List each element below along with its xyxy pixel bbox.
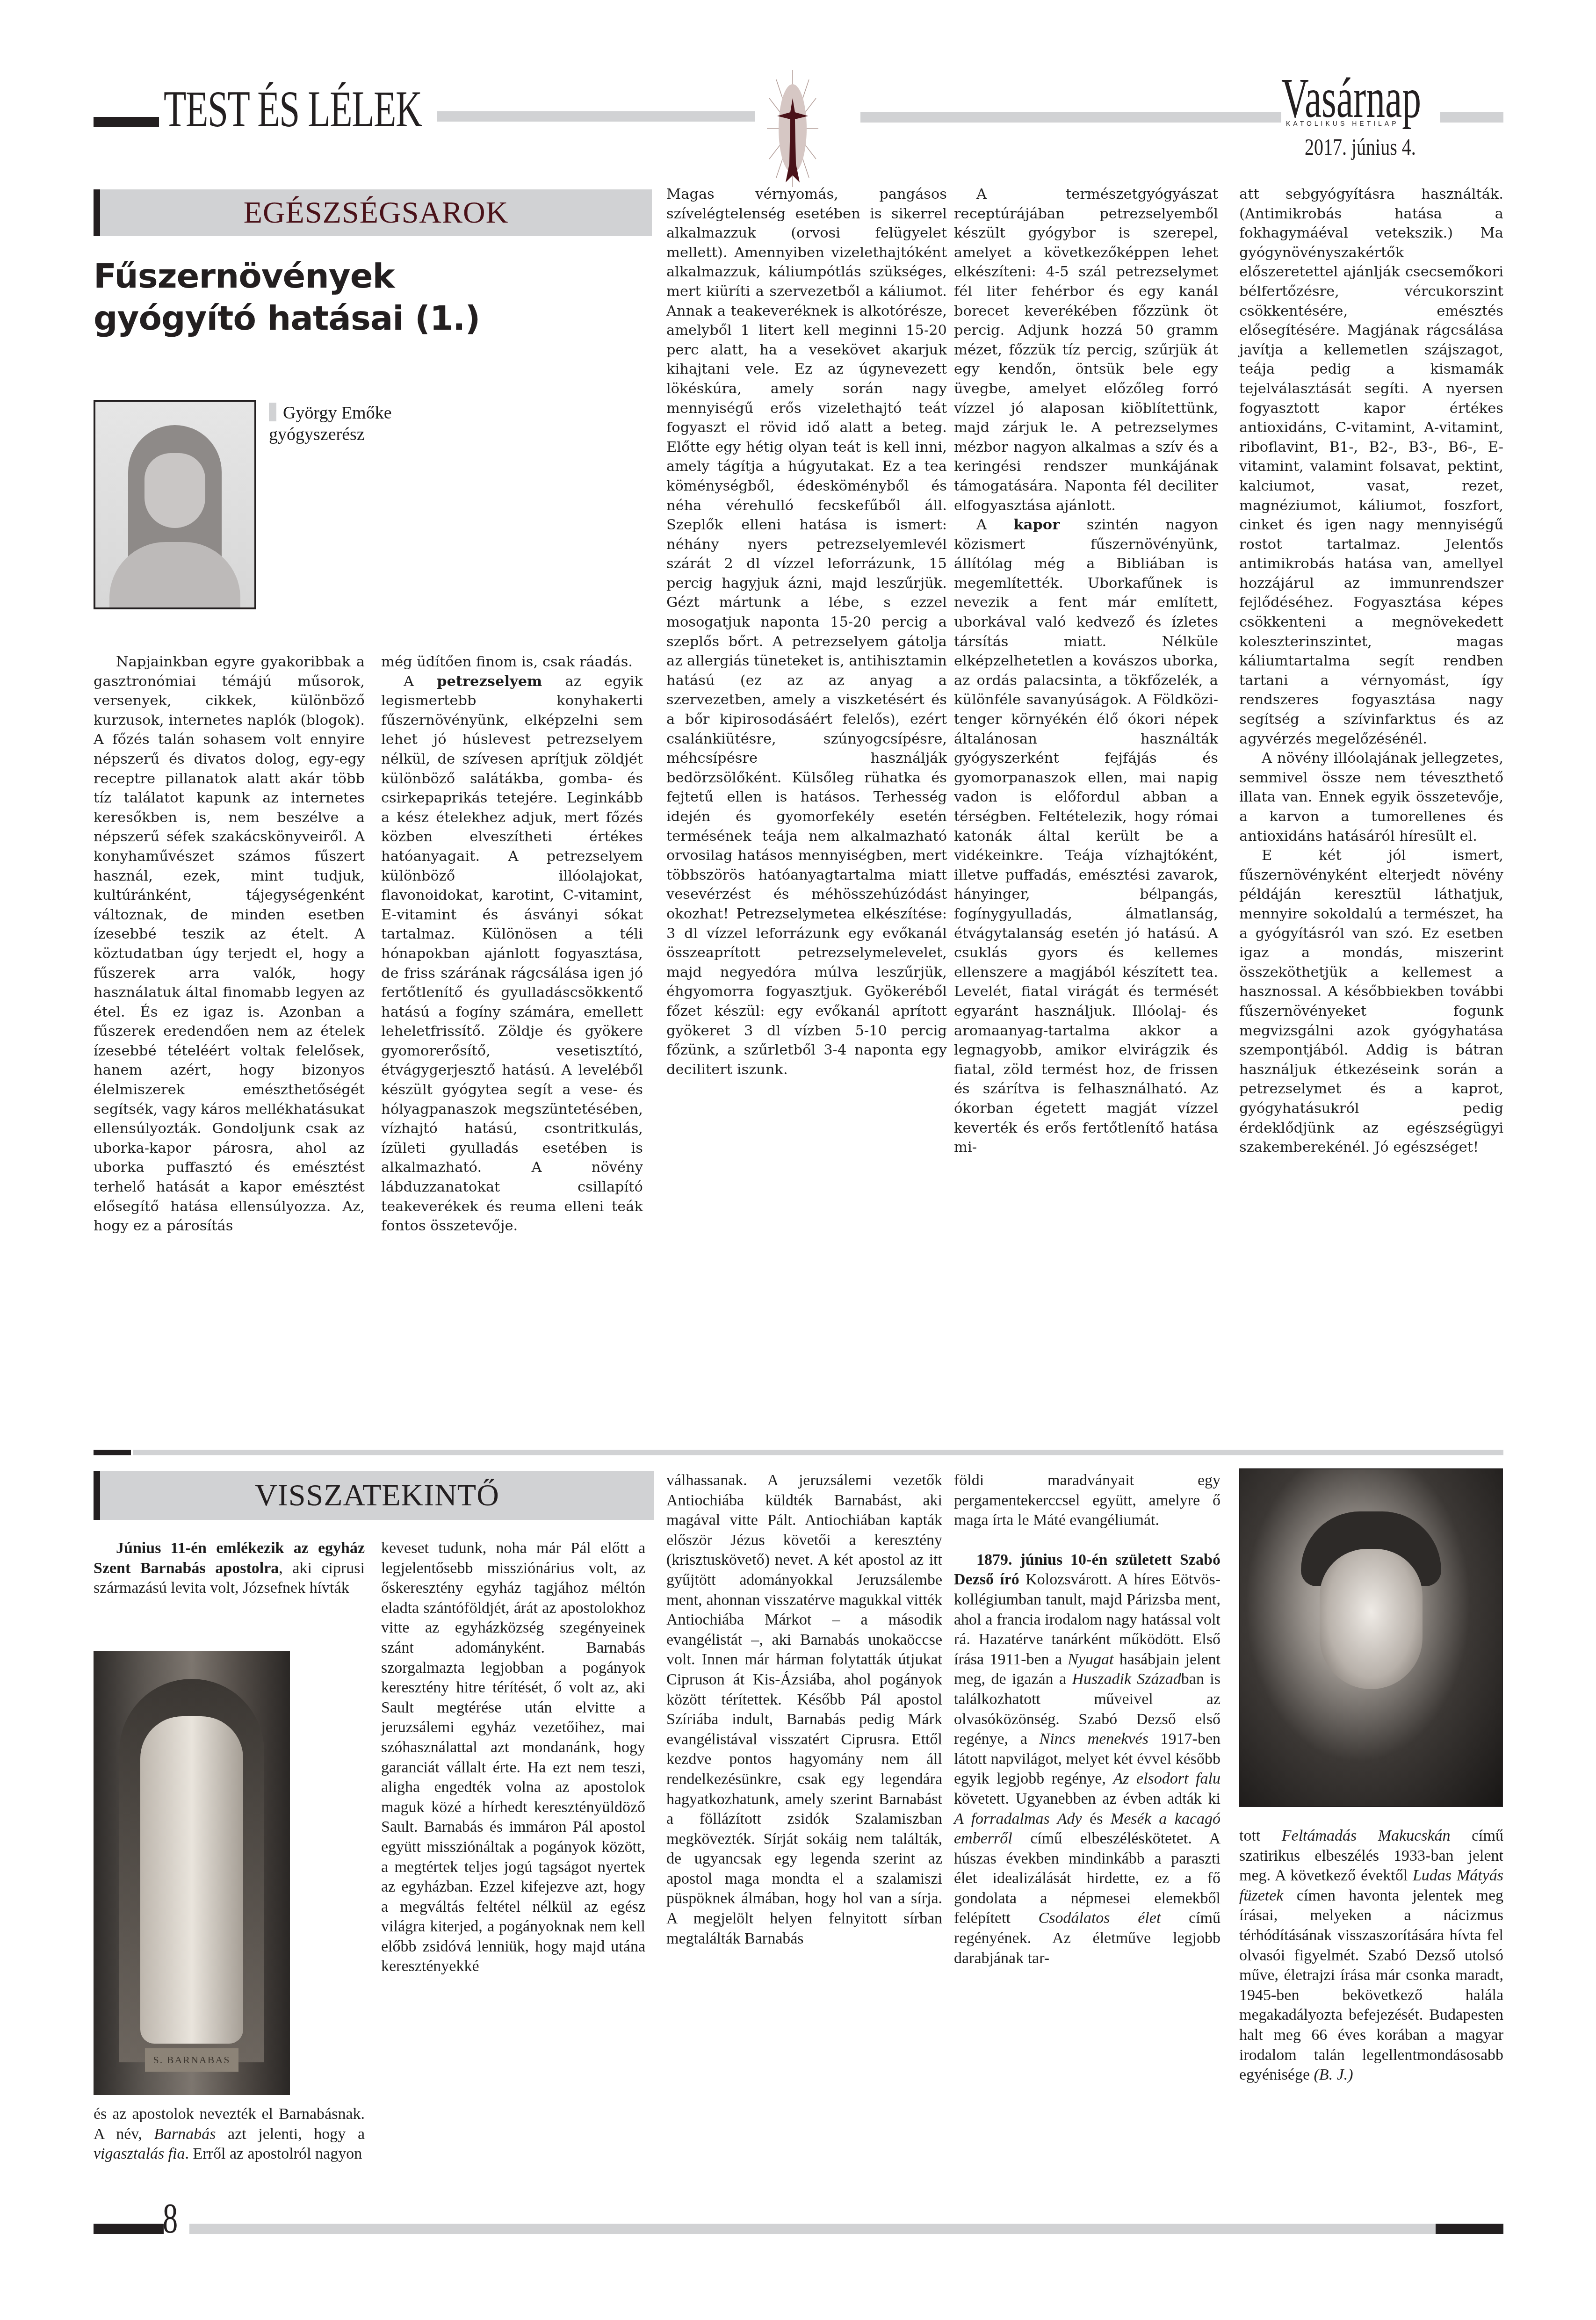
retro-column-3: válhassanak. A jeruzsálemi vezetők Antio… xyxy=(666,1471,942,1949)
paragraph-petrezselyem: A petrezselyem az egyik legismertebb kon… xyxy=(381,672,643,1236)
paragraph: még üdítően finom is, csak ráadás. xyxy=(381,652,643,672)
paragraph: földi maradványait egy pergamentekerccse… xyxy=(954,1471,1220,1531)
paragraph: válhassanak. A jeruzsálemi vezetők Antio… xyxy=(666,1471,942,1949)
paragraph: Magas vérnyomás, pangásos szívelégtelens… xyxy=(666,185,947,1079)
keyword-kapor: kapor xyxy=(1014,516,1060,533)
paragraph: E két jól ismert, fűszernövényként elter… xyxy=(1239,846,1503,1157)
article-headline: Fűszernövények gyógyító hatásai (1.) xyxy=(94,255,480,339)
masthead-rule-end xyxy=(1440,112,1503,123)
masthead-rule-right xyxy=(860,112,1281,123)
article-column-2: még üdítően finom is, csak ráadás. A pet… xyxy=(381,652,643,1236)
vitruvian-cross-logo-icon xyxy=(767,70,818,187)
masthead-rule-left xyxy=(437,111,755,122)
section-title: TEST ÉS LÉLEK xyxy=(164,80,422,139)
author-byline: György Emőke gyógyszerész xyxy=(269,402,392,445)
saint-barnabas-statue-photo: S. BARNABAS xyxy=(94,1651,290,2095)
retro-column-4: földi maradványait egy pergamentekerccse… xyxy=(954,1471,1220,1968)
keyword-petrezselyem: petrezselyem xyxy=(437,673,542,690)
paragraph-kapor: A kapor szintén nagyon közismert fűszern… xyxy=(954,515,1218,1157)
paragraph: A természetgyógyászat receptúrájában pet… xyxy=(954,185,1218,515)
footer-bar-right xyxy=(1436,2224,1503,2234)
section-header-visszatekinto: VISSZATEKINTŐ xyxy=(94,1471,654,1520)
article-column-3: Magas vérnyomás, pangásos szívelégtelens… xyxy=(666,185,947,1079)
paragraph-szabo-dezso: 1879. június 10-én született Szabó Dezső… xyxy=(954,1550,1220,1968)
article-column-5: att sebgyógyításra használták. (Antimikr… xyxy=(1239,185,1503,1157)
byline-marker xyxy=(269,403,276,421)
paragraph: A növény illóolajának jellegzetes, semmi… xyxy=(1239,749,1503,846)
section-header-label: VISSZATEKINTŐ xyxy=(255,1478,499,1513)
brand-subtitle: KATOLIKUS HETILAP xyxy=(1286,120,1399,127)
footer-rule xyxy=(189,2224,1457,2234)
author-name: György Emőke xyxy=(283,403,392,423)
headline-line-1: Fűszernövények xyxy=(94,255,480,297)
retro-column-1: Június 11-én emlékezik az egyház Szent B… xyxy=(94,1539,365,1598)
retro-column-2: keveset tudunk, noha már Pál előtt a leg… xyxy=(381,1539,645,1977)
footer-bar-left xyxy=(94,2224,164,2234)
article-column-4: A természetgyógyászat receptúrájában pet… xyxy=(954,185,1218,1157)
section-divider xyxy=(133,1450,1503,1455)
author-role: gyógyszerész xyxy=(269,424,392,445)
paragraph-barnabas-intro: Június 11-én emlékezik az egyház Szent B… xyxy=(94,1539,365,1598)
headline-line-2: gyógyító hatásai (1.) xyxy=(94,297,480,339)
paragraph: tott Feltámadás Makucskán című szatiriku… xyxy=(1239,1826,1503,2085)
retro-column-5: tott Feltámadás Makucskán című szatiriku… xyxy=(1239,1826,1503,2085)
paragraph: att sebgyógyításra használták. (Antimikr… xyxy=(1239,185,1503,749)
masthead-bar-left xyxy=(94,117,159,127)
paragraph: Napjainkban egyre gyakoribbak a gasztron… xyxy=(94,652,365,1236)
brand-logo: Vasárnap xyxy=(1281,70,1421,126)
section-header-egeszsegsarok: EGÉSZSÉGSAROK xyxy=(94,189,652,236)
paragraph: keveset tudunk, noha már Pál előtt a leg… xyxy=(381,1539,645,1977)
section-header-label: EGÉSZSÉGSAROK xyxy=(244,195,509,231)
author-portrait xyxy=(94,400,256,609)
szabo-dezso-portrait-photo xyxy=(1239,1468,1503,1807)
author-initials: (B. J.) xyxy=(1314,2066,1353,2083)
article-column-1: Napjainkban egyre gyakoribbak a gasztron… xyxy=(94,652,365,1236)
paragraph: és az apostolok nevezték el Barnabásnak.… xyxy=(94,2104,365,2164)
page-number: 8 xyxy=(163,2193,178,2243)
retro-column-1-bottom: és az apostolok nevezték el Barnabásnak.… xyxy=(94,2104,365,2164)
statue-caption: S. BARNABAS xyxy=(145,2048,238,2072)
section-divider-mark xyxy=(94,1450,131,1455)
issue-date: 2017. június 4. xyxy=(1305,133,1416,160)
